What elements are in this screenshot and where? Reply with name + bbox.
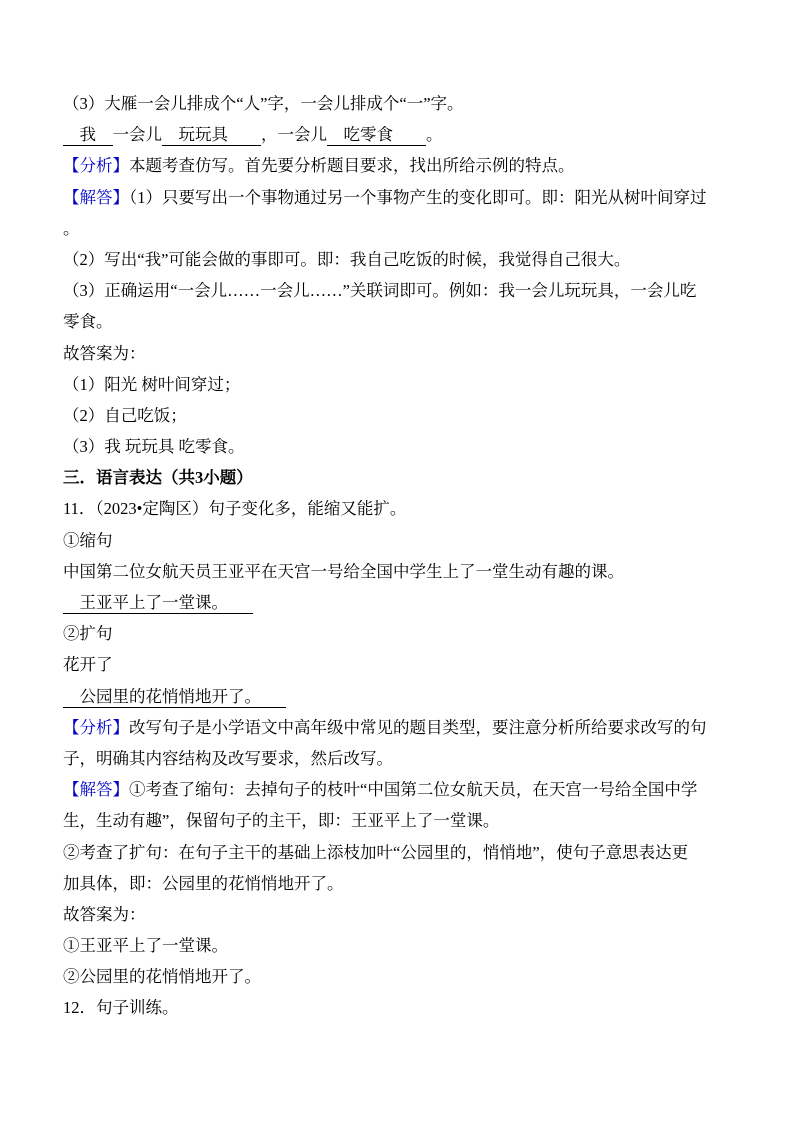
- text-segment: ①考查了缩句：去掉句子的枝叶“中国第二位女航天员，在天宫一号给全国中学: [129, 780, 697, 799]
- label-tag: 【解答】: [63, 780, 129, 799]
- text-segment: ①缩句: [63, 531, 113, 550]
- text-segment: 一会儿: [113, 125, 163, 144]
- answer-underline: 公园里的花悄悄地开了。: [63, 687, 286, 708]
- text-segment: （2）写出“我”可能会做的事即可。即：我自己吃饭的时候，我觉得自己很大。: [63, 250, 630, 269]
- text-segment: 故答案为：: [63, 905, 146, 924]
- label-tag: 【分析】: [63, 718, 129, 737]
- text-segment: 加具体，即：公园里的花悄悄地开了。: [63, 874, 344, 893]
- q10-final-answer-2: （2）自己吃饭；: [63, 400, 763, 431]
- text-segment: ①王亚平上了一堂课。: [63, 936, 228, 955]
- text-segment: 故答案为：: [63, 344, 146, 363]
- text-segment: 。: [63, 219, 80, 238]
- text-segment: 花开了: [63, 655, 113, 674]
- label-tag: 【分析】: [63, 156, 129, 175]
- text-segment: 本题考查仿写。首先要分析题目要求，找出所给示例的特点。: [129, 156, 575, 175]
- text-segment: ，一会儿: [261, 125, 327, 144]
- answer-underline: 我: [63, 125, 113, 146]
- text-segment: （2）自己吃饭；: [63, 406, 187, 425]
- q10-sub3-prompt: （3）大雁一会儿排成个“人”字，一会儿排成个“一”字。: [63, 88, 763, 119]
- q11-analysis: 【分析】改写句子是小学语文中高年级中常见的题目类型，要注意分析所给要求改写的句: [63, 712, 763, 743]
- answer-underline: 王亚平上了一堂课。: [63, 593, 253, 614]
- answer-underline: 吃零食: [327, 125, 426, 146]
- q11-part1-label: ①缩句: [63, 525, 763, 556]
- q12-title: 12．句子训练。: [63, 992, 763, 1023]
- text-segment: （1）阳光 树叶间穿过；: [63, 375, 240, 394]
- text-segment: 子，明确其内容结构及改写要求，然后改写。: [63, 749, 393, 768]
- text-segment: 三．语言表达（共3小题）: [63, 468, 253, 487]
- text-segment: 零食。: [63, 312, 113, 331]
- text-segment: 。: [426, 125, 443, 144]
- label-tag: 【解答】: [63, 188, 129, 207]
- q11-explanation-2: ②考查了扩句：在句子主干的基础上添枝加叶“公园里的，悄悄地”，使句子意思表达更: [63, 837, 763, 868]
- document-content: （3）大雁一会儿排成个“人”字，一会儿排成个“一”字。 我 一会儿 玩玩具 ，一…: [63, 88, 763, 1024]
- q11-final-answer-2: ②公园里的花悄悄地开了。: [63, 961, 763, 992]
- q11-part1-sentence: 中国第二位女航天员王亚平在天宫一号给全国中学生上了一堂生动有趣的课。: [63, 556, 763, 587]
- q11-final-answer-1: ①王亚平上了一堂课。: [63, 930, 763, 961]
- q10-sub3-answer-fill: 我 一会儿 玩玩具 ，一会儿 吃零食 。: [63, 119, 763, 150]
- q11-part2-answer-fill: 公园里的花悄悄地开了。: [63, 681, 763, 712]
- text-segment: （3）大雁一会儿排成个“人”字，一会儿排成个“一”字。: [63, 94, 464, 113]
- q11-explanation-2-cont: 加具体，即：公园里的花悄悄地开了。: [63, 868, 763, 899]
- text-segment: （3）正确运用“一会儿……一会儿……”关联词即可。例如：我一会儿玩玩具，一会儿吃: [63, 281, 696, 300]
- q10-final-answer-1: （1）阳光 树叶间穿过；: [63, 369, 763, 400]
- q10-answer-intro: 故答案为：: [63, 338, 763, 369]
- text-segment: 11．（2023•定陶区）句子变化多，能缩又能扩。: [63, 499, 406, 518]
- text-segment: ②考查了扩句：在句子主干的基础上添枝加叶“公园里的，悄悄地”，使句子意思表达更: [63, 843, 688, 862]
- q10-final-answer-3: （3）我 玩玩具 吃零食。: [63, 431, 763, 462]
- q10-explanation-1: 【解答】（1）只要写出一个事物通过另一个事物产生的变化即可。即：阳光从树叶间穿过: [63, 182, 763, 213]
- q11-part2-sentence: 花开了: [63, 649, 763, 680]
- q11-part2-label: ②扩句: [63, 618, 763, 649]
- q10-explanation-2: （2）写出“我”可能会做的事即可。即：我自己吃饭的时候，我觉得自己很大。: [63, 244, 763, 275]
- q10-explanation-3: （3）正确运用“一会儿……一会儿……”关联词即可。例如：我一会儿玩玩具，一会儿吃: [63, 275, 763, 306]
- q11-part1-answer-fill: 王亚平上了一堂课。: [63, 587, 763, 618]
- q11-analysis-cont: 子，明确其内容结构及改写要求，然后改写。: [63, 743, 763, 774]
- text-segment: ②公园里的花悄悄地开了。: [63, 967, 261, 986]
- text-segment: 12．句子训练。: [63, 998, 179, 1017]
- q11-explanation-1-cont: 生，生动有趣”，保留句子的主干，即：王亚平上了一堂课。: [63, 805, 763, 836]
- q10-explanation-3-cont: 零食。: [63, 306, 763, 337]
- q10-explanation-1-cont: 。: [63, 213, 763, 244]
- text-segment: 改写句子是小学语文中高年级中常见的题目类型，要注意分析所给要求改写的句: [129, 718, 707, 737]
- text-segment: ②扩句: [63, 624, 113, 643]
- text-segment: 生，生动有趣”，保留句子的主干，即：王亚平上了一堂课。: [63, 811, 499, 830]
- q11-answer-intro: 故答案为：: [63, 899, 763, 930]
- text-segment: （1）只要写出一个事物通过另一个事物产生的变化即可。即：阳光从树叶间穿过: [129, 188, 707, 207]
- q11-title: 11．（2023•定陶区）句子变化多，能缩又能扩。: [63, 493, 763, 524]
- q10-analysis: 【分析】本题考查仿写。首先要分析题目要求，找出所给示例的特点。: [63, 150, 763, 181]
- answer-underline: 玩玩具: [162, 125, 261, 146]
- q11-explanation-1: 【解答】①考查了缩句：去掉句子的枝叶“中国第二位女航天员，在天宫一号给全国中学: [63, 774, 763, 805]
- section-3-heading: 三．语言表达（共3小题）: [63, 462, 763, 493]
- text-segment: （3）我 玩玩具 吃零食。: [63, 437, 245, 456]
- document-page: （3）大雁一会儿排成个“人”字，一会儿排成个“一”字。 我 一会儿 玩玩具 ，一…: [0, 0, 794, 1123]
- text-segment: 中国第二位女航天员王亚平在天宫一号给全国中学生上了一堂生动有趣的课。: [63, 562, 624, 581]
